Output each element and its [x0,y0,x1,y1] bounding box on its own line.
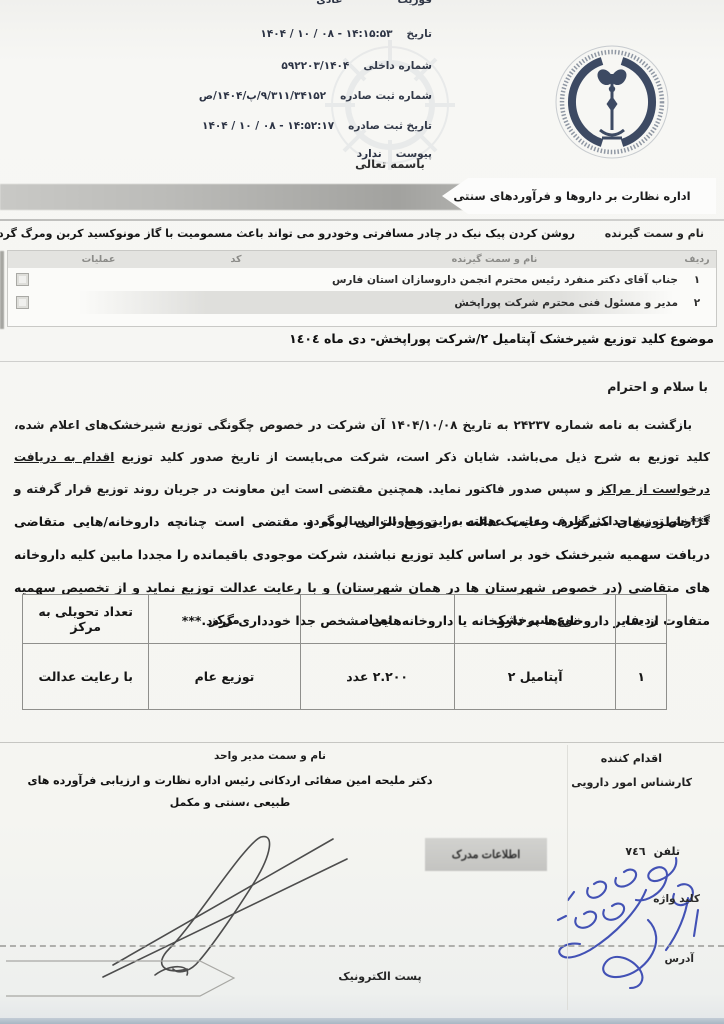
meta-registration-number: شماره ثبت صادره ۹/۳۱۱/۳۴۱۵۲/پ/۱۴۰۴/ص [199,90,432,102]
meta-label: فوریت [397,0,432,6]
actor-label: اقدام کننده [601,752,662,765]
recipients-table-header: ردیف نام و سمت گیرنده کد عملیات [8,251,716,268]
banner-gray-bar [0,184,468,210]
row-index: ۱ [678,274,716,286]
operation-icon[interactable] [16,273,29,286]
subject-line: موضوع کلید توزیع شیرخشک آپتامیل ۲/شرکت پ… [289,331,714,346]
address-label: آدرس [664,953,694,965]
handwritten-blue-note [528,850,720,998]
recipient-section-label: نام و سمت گیرنده [605,227,704,240]
expert-title: کارشناس امور دارویی [571,776,692,789]
manager-label: نام و سمت مدیر واحد [150,750,390,762]
meta-value: ۱۴:۵۲:۱۷ - ۰۸ / ۱۰ / ۱۴۰۴ [202,120,334,132]
department-banner: اداره نظارت بر داروها و فرآوردهای سنتی [442,178,716,214]
allocation-header-row: ردیف نوع شیرخشک تعداد مرکز تعداد تحویلی … [23,595,667,644]
divider [0,361,724,362]
meta-label: شماره ثبت صادره [340,90,432,102]
icon-cell [8,296,36,309]
allocation-data-row: ۱ آپتامیل ۲ ۲.۲۰۰ عدد توزیع عام با رعایت… [23,644,667,710]
table-row: ۲ مدیر و مسئول فنی محترم شرکت پوراپخش [8,291,716,314]
col-recipient: نام و سمت گیرنده [311,254,678,265]
recipients-table: ردیف نام و سمت گیرنده کد عملیات ۱ جناب آ… [7,250,717,327]
p1-seg: به تاریخ [457,418,513,432]
reference-number: ۲۴۲۳۷ [514,418,551,432]
cell-center: توزیع عام [149,644,300,710]
salutation: با سلام و احترام [607,379,708,394]
meta-value: عادی [316,0,342,6]
meta-value: ۵۹۲۲۰۳/۱۴۰۴ [281,60,349,72]
col-milk-type: نوع شیرخشک [454,595,616,644]
meta-date: تاریخ ۱۴:۱۵:۵۳ - ۰۸ / ۱۰ / ۱۴۰۴ [260,28,432,40]
divider [0,742,724,743]
table-row: ۱ جناب آقای دکتر منفرد رئیس محترم انجمن … [8,268,716,291]
col-center: مرکز [149,595,300,644]
meta-urgency: فوریت عادی [316,0,432,6]
keyword-label: کلید واژه [653,893,700,905]
cell-milk-type: آپتامیل ۲ [454,644,616,710]
allocation-table: ردیف نوع شیرخشک تعداد مرکز تعداد تحویلی … [22,594,667,710]
p1-seg: بازگشت به نامه شماره [550,418,692,432]
scan-edge-artifact [0,251,4,329]
row-index: ۲ [678,297,716,309]
operation-icon[interactable] [16,296,29,309]
divider [0,219,724,221]
icon-cell [8,273,36,286]
cell-delivered: با رعایت عدالت [23,644,149,710]
fold-line [567,745,568,1010]
meta-value: ۹/۳۱۱/۳۴۱۵۲/پ/۱۴۰۴/ص [199,90,326,102]
meta-label: شماره داخلی [363,60,432,72]
cell-quantity: ۲.۲۰۰ عدد [300,644,454,710]
col-index: ردیف [616,595,667,644]
col-delivered: تعداد تحویلی به مرکز [23,595,149,644]
footer-arrow-outline [4,952,240,1004]
meta-value: ۱۴:۱۵:۵۳ - ۰۸ / ۱۰ / ۱۴۰۴ [260,28,392,40]
meta-label: تاریخ [407,28,432,40]
col-code: کد [161,254,311,265]
email-label: پست الکترونیک [300,970,460,983]
col-quantity: تعداد [300,595,454,644]
col-operations: عملیات [36,254,161,265]
scan-bottom-edge [0,1018,724,1024]
meta-label: تاریخ ثبت صادره [348,120,432,132]
recipient-name: جناب آقای دکتر منفرد رئیس محترم انجمن دا… [311,274,678,286]
cell-index: ۱ [616,644,667,710]
recipient-name: مدیر و مسئول فنی محترم شرکت پوراپخش [311,297,678,309]
dotted-divider [0,945,724,947]
scanned-letter-page: فوریت عادی تاریخ ۱۴:۱۵:۵۳ - ۰۸ / ۱۰ / ۱۴… [0,0,724,1024]
meta-registration-date: تاریخ ثبت صادره ۱۴:۵۲:۱۷ - ۰۸ / ۱۰ / ۱۴۰… [202,120,432,132]
meta-internal-number: شماره داخلی ۵۹۲۲۰۳/۱۴۰۴ [281,60,432,72]
col-index: ردیف [678,254,716,265]
reference-date: ۱۴۰۴/۱۰/۰۸ [390,418,457,432]
safety-notice: روشن کردن پیک نیک در چادر مسافرتی وخودرو… [60,227,575,240]
besmellah-text: باسمه تعالی [325,157,455,171]
university-seal-logo: SHIRAZ UNIVERSITY OF MEDICAL SCIENCES [552,42,672,162]
